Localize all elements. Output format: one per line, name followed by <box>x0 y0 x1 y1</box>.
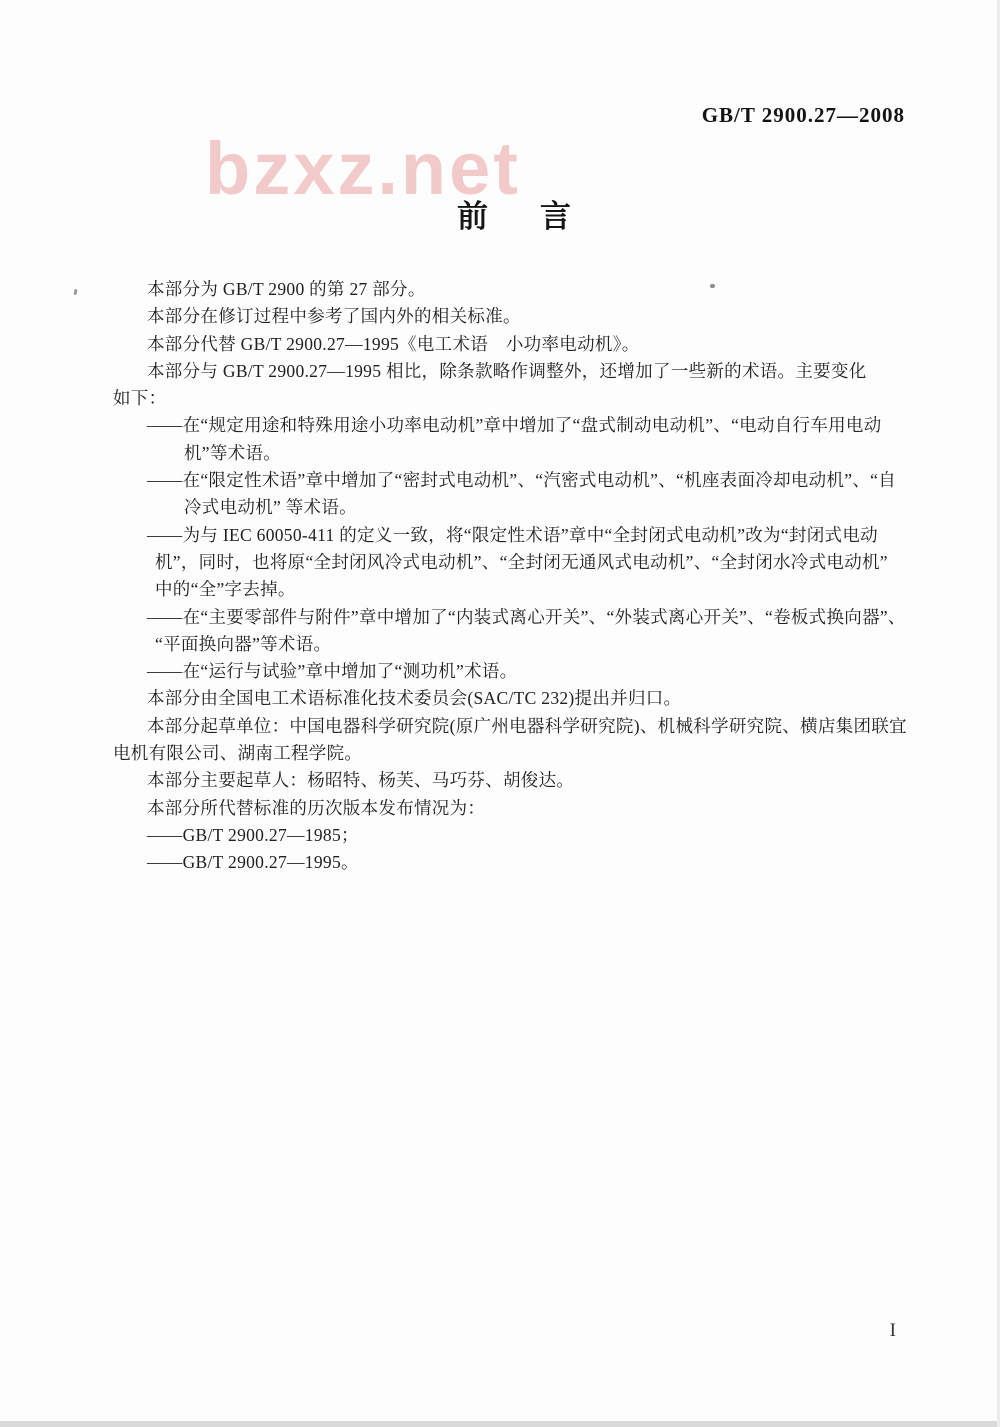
scan-speck <box>710 284 715 288</box>
text-line: 本部分代替 GB/T 2900.27—1995《电工术语 小功率电动机》。 <box>113 331 913 358</box>
page-number: I <box>890 1320 896 1342</box>
text-line: ——在“主要零部件与附件”章中增加了“内装式离心开关”、“外装式离心开关”、“卷… <box>113 604 913 631</box>
text-line: 本部分与 GB/T 2900.27—1995 相比，除条款略作调整外，还增加了一… <box>113 358 913 385</box>
scan-edge-bottom <box>0 1421 1000 1427</box>
text-line: 如下： <box>113 385 913 412</box>
text-line: “平面换向器”等术语。 <box>113 631 913 658</box>
page-title: 前 言 <box>0 191 1000 236</box>
text-line: 本部分所代替标准的历次版本发布情况为： <box>113 795 913 822</box>
text-line: 本部分为 GB/T 2900 的第 27 部分。 <box>113 276 913 303</box>
text-line: 冷式电动机” 等术语。 <box>113 494 913 521</box>
scan-speck <box>73 289 77 295</box>
text-line: 本部分起草单位：中国电器科学研究院(原广州电器科学研究院)、机械科学研究院、横店… <box>113 713 913 740</box>
text-line: 本部分在修订过程中参考了国内外的相关标准。 <box>113 303 913 330</box>
standard-code-header: GB/T 2900.27—2008 <box>702 103 905 128</box>
page-title-char-2: 言 <box>540 191 571 236</box>
text-line: 机”，同时，也将原“全封闭风冷式电动机”、“全封闭无通风式电动机”、“全封闭水冷… <box>113 549 913 576</box>
text-line: ——在“限定性术语”章中增加了“密封式电动机”、“汽密式电动机”、“机座表面冷却… <box>113 467 913 494</box>
page-title-char-1: 前 <box>457 191 488 236</box>
text-line: ——在“规定用途和特殊用途小功率电动机”章中增加了“盘式制动电动机”、“电动自行… <box>113 412 913 439</box>
foreword-body: 本部分为 GB/T 2900 的第 27 部分。本部分在修订过程中参考了国内外的… <box>113 276 913 877</box>
text-line: ——为与 IEC 60050-411 的定义一致，将“限定性术语”章中“全封闭式… <box>113 522 913 549</box>
text-line: 中的“全”字去掉。 <box>113 576 913 603</box>
text-line: 机”等术语。 <box>113 440 913 467</box>
text-line: 本部分主要起草人：杨昭特、杨芙、马巧芬、胡俊达。 <box>113 767 913 794</box>
text-line: 电机有限公司、湖南工程学院。 <box>113 740 913 767</box>
text-line: ——GB/T 2900.27—1995。 <box>113 849 913 876</box>
document-page: GB/T 2900.27—2008 bzxz.net 前 言 本部分为 GB/T… <box>0 0 1000 1427</box>
text-line: ——GB/T 2900.27—1985； <box>113 822 913 849</box>
text-line: ——在“运行与试验”章中增加了“测功机”术语。 <box>113 658 913 685</box>
text-line: 本部分由全国电工术语标准化技术委员会(SAC/TC 232)提出并归口。 <box>113 685 913 712</box>
